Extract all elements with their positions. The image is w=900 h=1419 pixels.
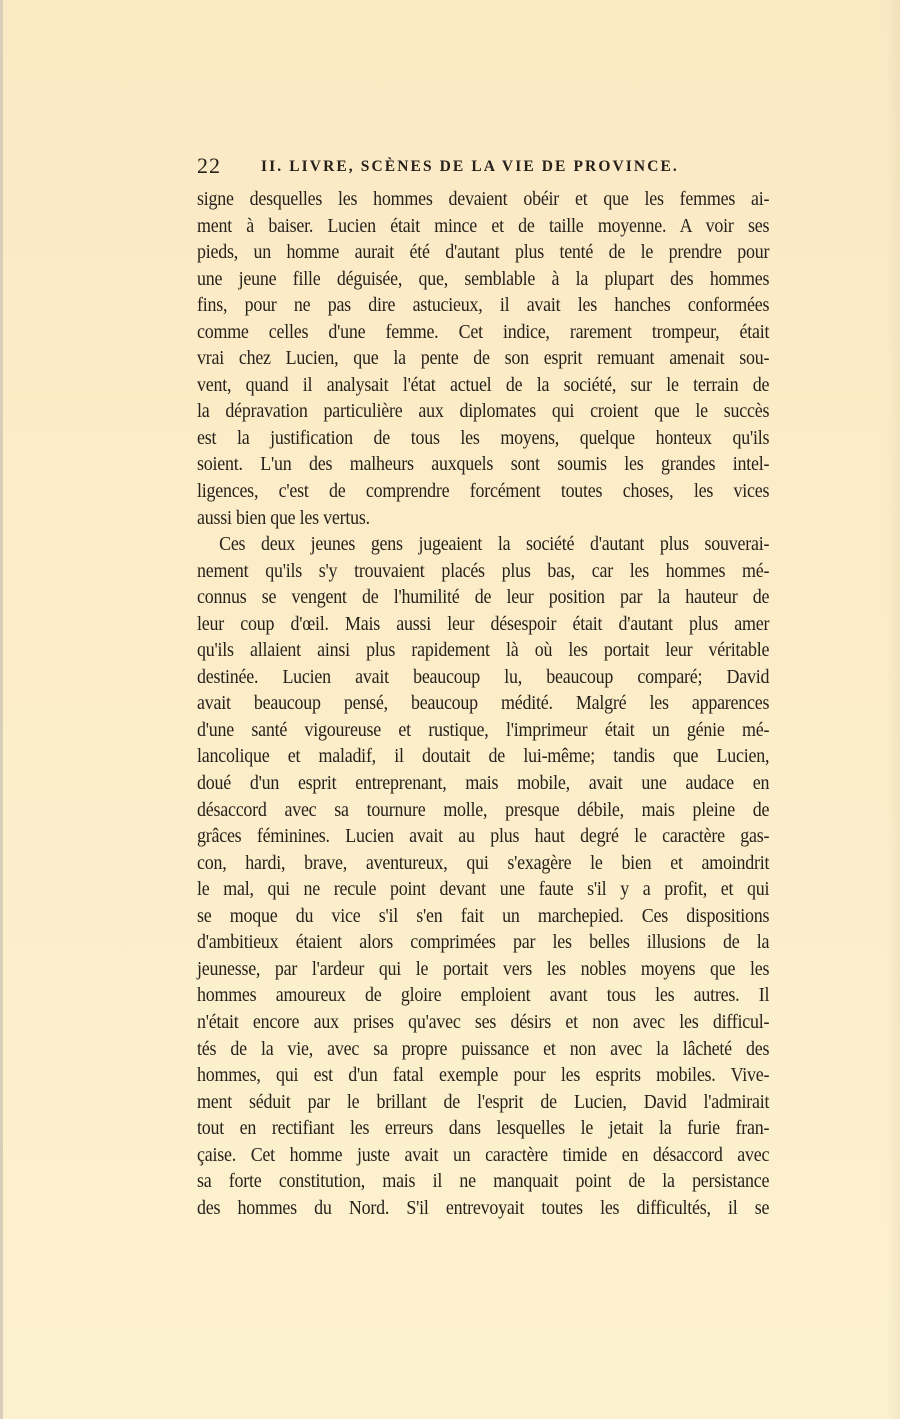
text-line: désaccord avec sa tournure molle, presqu…	[197, 798, 769, 825]
text-line: signe desquelles les hommes devaient obé…	[197, 187, 769, 214]
text-line: fins, pour ne pas dire astucieux, il ava…	[197, 293, 769, 320]
text-line: nement qu'ils s'y trouvaient placés plus…	[197, 559, 769, 586]
text-line: vrai chez Lucien, que la pente de son es…	[197, 346, 769, 373]
page-edge-right	[886, 0, 900, 1419]
text-line: leur coup d'œil. Mais aussi leur désespo…	[197, 612, 769, 639]
text-line: la dépravation particulière aux diplomat…	[197, 399, 769, 426]
text-line: sa forte constitution, mais il ne manqua…	[197, 1169, 769, 1196]
text-line: tés de la vie, avec sa propre puissance …	[197, 1037, 769, 1064]
text-line: vent, quand il analysait l'état actuel d…	[197, 373, 769, 400]
paragraph-2: Ces deux jeunes gens jugeaient la sociét…	[197, 532, 769, 1222]
text-line: aussi bien que les vertus.	[197, 506, 769, 533]
text-line: avait beaucoup pensé, beaucoup médité. M…	[197, 691, 769, 718]
body-text: signe desquelles les hommes devaient obé…	[197, 187, 769, 1222]
text-line: comme celles d'une femme. Cet indice, ra…	[197, 320, 769, 347]
text-line: d'une santé vigoureuse et rustique, l'im…	[197, 718, 769, 745]
text-line: çaise. Cet homme juste avait un caractèr…	[197, 1143, 769, 1170]
text-line: n'était encore aux prises qu'avec ses dé…	[197, 1010, 769, 1037]
text-line: tout en rectifiant les erreurs dans lesq…	[197, 1116, 769, 1143]
page-number: 22	[197, 153, 221, 179]
text-line: le mal, qui ne recule point devant une f…	[197, 877, 769, 904]
text-line: une jeune fille déguisée, que, semblable…	[197, 267, 769, 294]
page-edge-left	[0, 0, 3, 1419]
text-line: d'ambitieux étaient alors comprimées par…	[197, 930, 769, 957]
text-line: pieds, un homme aurait été d'autant plus…	[197, 240, 769, 267]
text-line: lancolique et maladif, il doutait de lui…	[197, 744, 769, 771]
text-line: soient. L'un des malheurs auxquels sont …	[197, 452, 769, 479]
text-line: con, hardi, brave, aventureux, qui s'exa…	[197, 851, 769, 878]
text-line: des hommes du Nord. S'il entrevoyait tou…	[197, 1196, 769, 1223]
text-line: hommes amoureux de gloire emploient avan…	[197, 983, 769, 1010]
text-line: hommes, qui est d'un fatal exemple pour …	[197, 1063, 769, 1090]
text-line: jeunesse, par l'ardeur qui le portait ve…	[197, 957, 769, 984]
text-line: doué d'un esprit entreprenant, mais mobi…	[197, 771, 769, 798]
text-line: ment à baiser. Lucien était mince et de …	[197, 214, 769, 241]
page-header: 22 II. LIVRE, SCÈNES DE LA VIE DE PROVIN…	[197, 153, 715, 179]
text-line: ment séduit par le brillant de l'esprit …	[197, 1090, 769, 1117]
text-line: grâces féminines. Lucien avait au plus h…	[197, 824, 769, 851]
text-line: Ces deux jeunes gens jugeaient la sociét…	[197, 532, 769, 559]
running-head: II. LIVRE, SCÈNES DE LA VIE DE PROVINCE.	[261, 156, 679, 178]
text-line: ligences, c'est de comprendre forcément …	[197, 479, 769, 506]
text-line: se moque du vice s'il s'en fait un march…	[197, 904, 769, 931]
paragraph-1: signe desquelles les hommes devaient obé…	[197, 187, 769, 532]
text-line: destinée. Lucien avait beaucoup lu, beau…	[197, 665, 769, 692]
text-line: est la justification de tous les moyens,…	[197, 426, 769, 453]
text-line: connus se vengent de l'humilité de leur …	[197, 585, 769, 612]
text-line: qu'ils allaient ainsi plus rapidement là…	[197, 638, 769, 665]
